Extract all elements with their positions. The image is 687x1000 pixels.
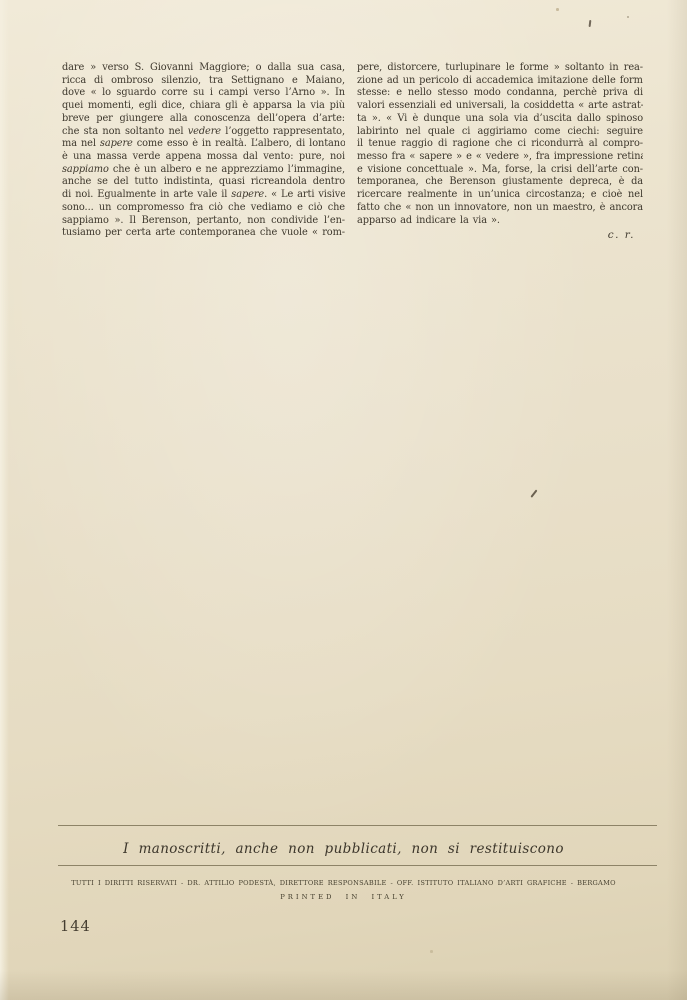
text-line: apparso ad indicare la via ». xyxy=(357,215,643,228)
text-line: sappiamo che è un albero e ne apprezziam… xyxy=(62,164,345,177)
text-line: messo fra « sapere » e « vedere », fra i… xyxy=(357,151,643,164)
paper-speck xyxy=(430,950,433,953)
text-line: anche se del tutto indistinta, quasi ric… xyxy=(62,176,345,189)
author-initials: c. r. xyxy=(357,229,635,241)
text-line: il tenue raggio di ragione che ci ricond… xyxy=(357,138,643,151)
page-number: 144 xyxy=(60,919,91,935)
text-line: stesse: e nello stesso modo condanna, pe… xyxy=(357,87,643,100)
page-bottom-shade xyxy=(0,970,687,1000)
text-line: di noi. Egualmente in arte vale il saper… xyxy=(62,189,345,202)
text-line: sappiamo ». Il Berenson, pertanto, non c… xyxy=(62,215,345,228)
paper-speck xyxy=(556,8,559,11)
divider-rule-bottom xyxy=(58,865,657,866)
text-line: temporanea, che Berenson giustamente dep… xyxy=(357,176,643,189)
text-line: ricercare realmente in un’unica circosta… xyxy=(357,189,643,202)
text-line: e visione concettuale ». Ma, forse, la c… xyxy=(357,164,643,177)
text-line: dove « lo sguardo corre su i campi verso… xyxy=(62,87,345,100)
text-line: breve per giungere alla conoscenza dell’… xyxy=(62,113,345,126)
text-line: sono... un compromesso fra ciò che vedia… xyxy=(62,202,345,215)
text-line: zione ad un pericolo di accademica imita… xyxy=(357,75,643,88)
text-line: ta ». « Vi è dunque una sola via d’uscit… xyxy=(357,113,643,126)
printed-in-italy: PRINTED IN ITALY xyxy=(40,893,647,901)
imprint-line: TUTTI I DIRITTI RISERVATI - DR. ATTILIO … xyxy=(40,879,647,887)
text-line: dare » verso S. Giovanni Maggiore; o dal… xyxy=(62,62,345,75)
text-line: che sta non soltanto nel vedere l’oggett… xyxy=(62,126,345,139)
text-line: è una massa verde appena mossa dal vento… xyxy=(62,151,345,164)
text-line: ricca di ombroso silenzio, tra Settignan… xyxy=(62,75,345,88)
text-line: fatto che « non un innovatore, non un ma… xyxy=(357,202,643,215)
text-line: pere, distorcere, turlupinare le forme »… xyxy=(357,62,643,75)
text-line: quei momenti, egli dice, chiara gli è ap… xyxy=(62,100,345,113)
manuscripts-notice: I manoscritti, anche non pubblicati, non… xyxy=(0,841,687,857)
text-line: labirinto nel quale ci aggiriamo come ci… xyxy=(357,126,643,139)
text-line: tusiamo per certa arte contemporanea che… xyxy=(62,227,345,240)
paper-speck xyxy=(627,16,629,18)
text-line: ma nel sapere come esso è in realtà. L’a… xyxy=(62,138,345,151)
text-line: valori essenziali ed universali, la cosi… xyxy=(357,100,643,113)
divider-rule-top xyxy=(58,825,657,826)
article-right-column: pere, distorcere, turlupinare le forme »… xyxy=(357,62,643,227)
article-left-column: dare » verso S. Giovanni Maggiore; o dal… xyxy=(62,62,345,240)
